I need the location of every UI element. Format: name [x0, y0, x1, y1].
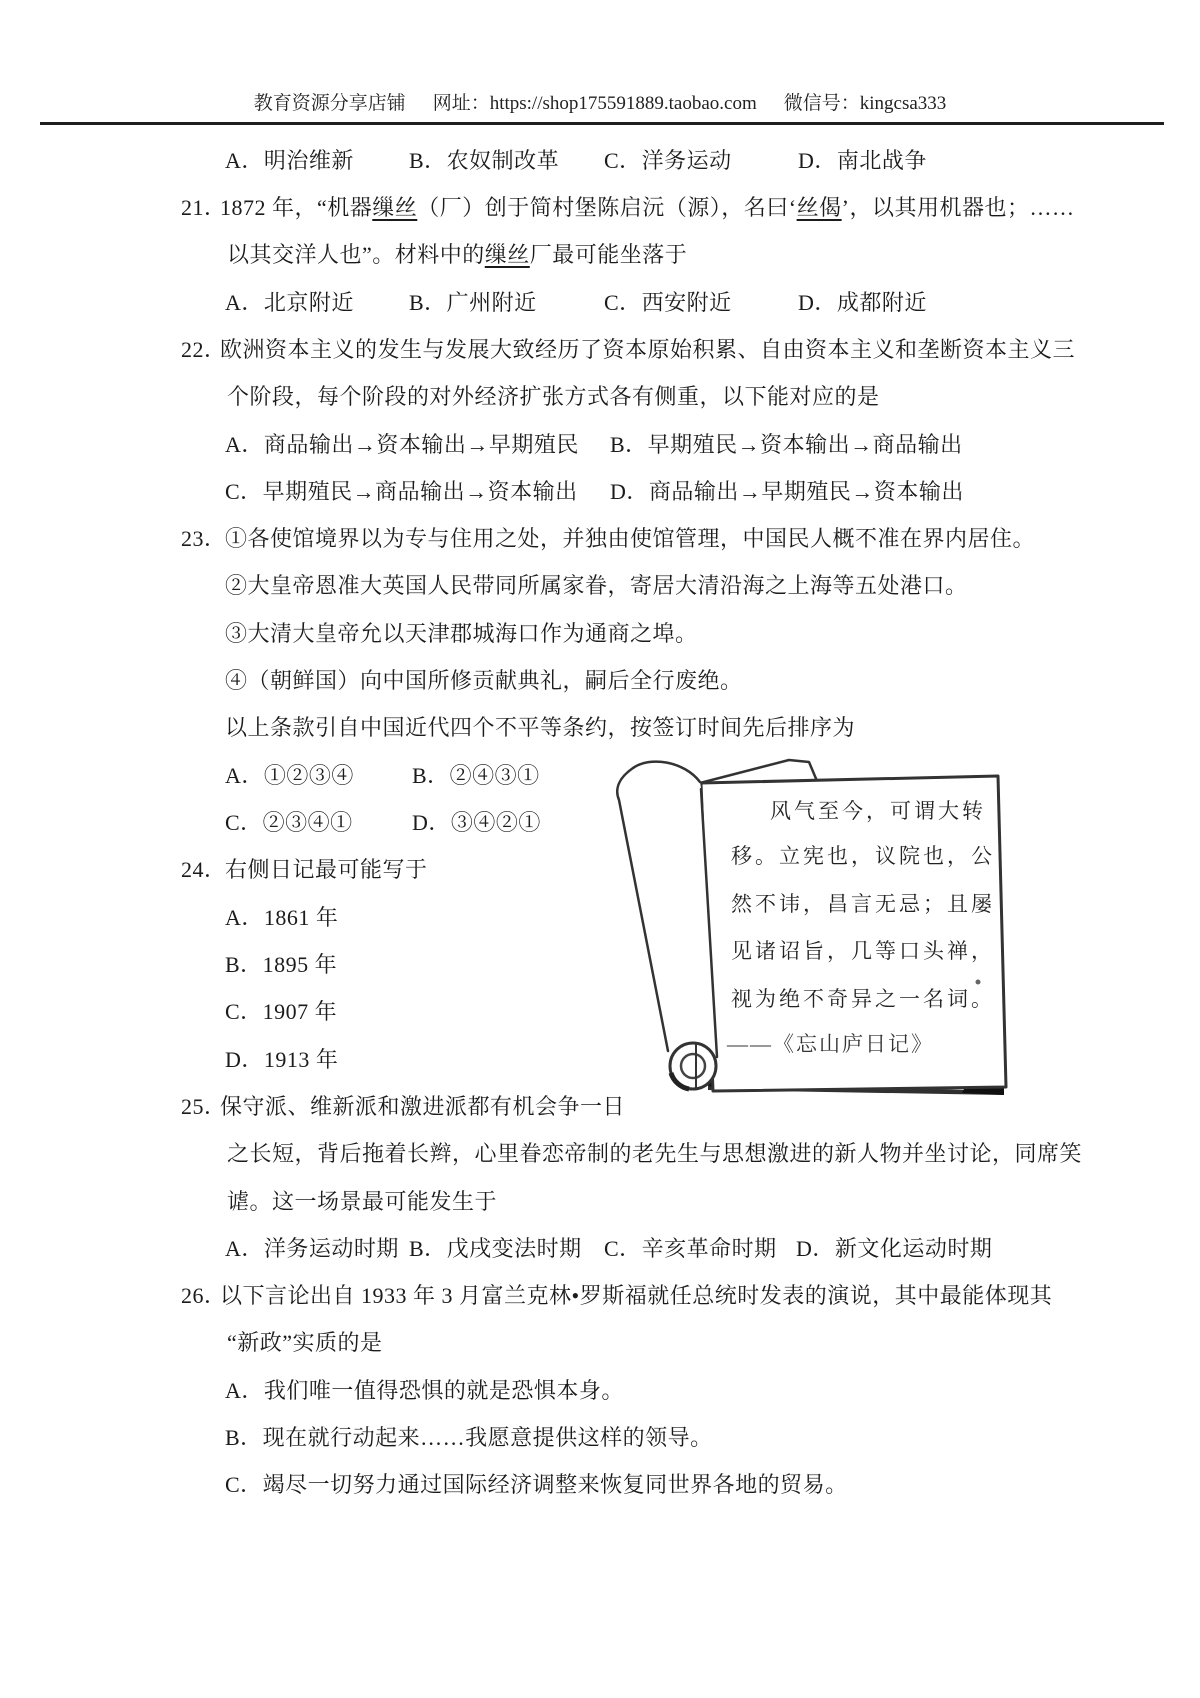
q23-item-2: ②大皇帝恩准大英国人民带同所属家眷，寄居大清沿海之上海等五处港口。: [225, 571, 968, 601]
diary-shadow-corner: [962, 1078, 1004, 1095]
q26-text-line-1: 以下言论出自 1933 年 3 月富兰克林•罗斯福就任总统时发表的演说，其中最能…: [220, 1281, 1052, 1311]
q21-option-b: B．广州附近: [409, 288, 537, 318]
exam-page: 教育资源分享店铺 网址：https://shop175591889.taobao…: [0, 0, 1200, 1698]
q23-option-a: A．①②③④: [225, 761, 354, 791]
q25-option-c: C．辛亥革命时期: [604, 1234, 777, 1264]
q21-line1-underlined-1: 缫丝: [372, 195, 417, 220]
diary-roll-end-shade: [671, 1073, 689, 1089]
diary-roll-fill: [618, 759, 716, 1056]
q25-text-line-1: 保守派、维新派和激进派都有机会争一日: [220, 1092, 625, 1122]
q21-line2-underlined-1: 缫丝: [485, 242, 530, 267]
diary-roll-inner: [701, 789, 717, 1057]
q21-option-c: C．西安附近: [604, 288, 732, 318]
q22-option-b: B．早期殖民→资本输出→商品输出: [610, 430, 963, 460]
q25-text-line-2: 之长短，背后拖着长辫，心里眷恋帝制的老先生与思想激进的新人物并坐讨论，同席笑: [227, 1139, 1082, 1169]
diary-roll-outer: [617, 762, 700, 1051]
q25-option-b: B．戊戌变法时期: [409, 1234, 582, 1264]
q20-option-d: D．南北战争: [798, 146, 927, 176]
diary-shadow-blob: [706, 1074, 750, 1090]
q26-option-a: A．我们唯一值得恐惧的就是恐惧本身。: [225, 1376, 624, 1406]
q21-text-line-1: 1872 年，“机器缫丝（厂）创于简村堡陈启沅（源），名曰‘丝偈’，以其用机器也…: [220, 193, 1074, 223]
q26-text-line-2: “新政”实质的是: [227, 1328, 383, 1358]
q21-line2-seg2: 厂最可能坐落于: [530, 242, 688, 267]
q22-option-a: A．商品输出→资本输出→早期殖民: [225, 430, 579, 460]
diary-shadow-bar: [708, 1074, 1004, 1095]
q25-option-a: A．洋务运动时期: [225, 1234, 399, 1264]
q23-option-c: C．②③④①: [225, 808, 353, 838]
q21-line1-seg2: （厂）创于简村堡陈启沅（源），名曰‘: [417, 195, 796, 220]
q21-text-line-2: 以其交洋人也”。材料中的缫丝厂最可能坐落于: [227, 240, 687, 270]
q22-option-c: C．早期殖民→商品输出→资本输出: [225, 477, 578, 507]
diary-text-line-4: 见诸诏旨，几等口头禅，: [731, 937, 995, 965]
q23-number: 23．: [181, 524, 227, 554]
q21-line2-seg1: 以其交洋人也”。材料中的: [227, 242, 485, 267]
q24-number: 24．: [181, 855, 227, 885]
q26-option-b: B．现在就行动起来……我愿意提供这样的领导。: [225, 1423, 713, 1453]
diary-text-line-2: 移。立宪也，议院也，公: [731, 842, 995, 870]
q23-prompt: 以上条款引自中国近代四个不平等条约，按签订时间先后排序为: [225, 713, 855, 743]
q25-option-d: D．新文化运动时期: [796, 1234, 992, 1264]
header-wechat: 微信号：kingcsa333: [784, 92, 947, 116]
header-shop-name: 教育资源分享店铺: [254, 92, 406, 116]
diary-roll-end-outer: [670, 1043, 716, 1089]
diary-source: ——《忘山庐日记》: [727, 1030, 934, 1058]
q20-option-a: A．明治维新: [225, 146, 354, 176]
q25-text-line-3: 谑。这一场景最可能发生于: [227, 1187, 497, 1217]
diary-text-line-3: 然不讳，昌言无忌；且屡: [731, 890, 995, 918]
q23-item-1: ①各使馆境界以为专与住用之处，并独由使馆管理，中国民人概不准在界内居住。: [225, 524, 1035, 554]
q21-option-d: D．成都附近: [798, 288, 927, 318]
q23-item-4: ④（朝鲜国）向中国所修贡献典礼，嗣后全行废绝。: [225, 666, 743, 696]
q20-option-c: C．洋务运动: [604, 146, 732, 176]
q21-line1-underlined-2: 丝偈: [797, 195, 842, 220]
diary-text-line-1: 风气至今，可谓大转: [770, 797, 986, 825]
q22-option-d: D．商品输出→早期殖民→资本输出: [610, 477, 964, 507]
diary-text-line-5: 视为绝不奇异之一名词。: [731, 985, 995, 1013]
q24-option-d: D．1913 年: [225, 1045, 338, 1075]
q22-text-line-1: 欧洲资本主义的发生与发展大致经历了资本原始积累、自由资本主义和垄断资本主义三: [220, 335, 1075, 365]
q21-option-a: A．北京附近: [225, 288, 354, 318]
q23-option-d: D．③④②①: [412, 808, 541, 838]
q21-line1-seg1: 1872 年，“机器: [220, 195, 372, 220]
q24-option-b: B．1895 年: [225, 950, 337, 980]
q24-option-a: A．1861 年: [225, 903, 338, 933]
diary-roll-end-inner: [681, 1054, 705, 1078]
q22-text-line-2: 个阶段，每个阶段的对外经济扩张方式各有侧重，以下能对应的是: [227, 382, 880, 412]
q26-option-c: C．竭尽一切努力通过国际经济调整来恢复同世界各地的贸易。: [225, 1470, 848, 1500]
q24-option-c: C．1907 年: [225, 997, 337, 1027]
q21-line1-seg3: ’，以其用机器也；……: [842, 195, 1075, 220]
scan-speck: [976, 980, 981, 985]
header-url: 网址：https://shop175591889.taobao.com: [433, 92, 757, 116]
diary-page-flap: [700, 760, 817, 783]
header-divider: [40, 122, 1164, 125]
q20-option-b: B．农奴制改革: [409, 146, 559, 176]
q23-item-3: ③大清大皇帝允以天津郡城海口作为通商之埠。: [225, 619, 698, 649]
q23-option-b: B．②④③①: [412, 761, 540, 791]
page-header: 教育资源分享店铺 网址：https://shop175591889.taobao…: [0, 92, 1200, 116]
q24-prompt: 右侧日记最可能写于: [225, 855, 428, 885]
diary-shadow-streak: [938, 1082, 992, 1091]
